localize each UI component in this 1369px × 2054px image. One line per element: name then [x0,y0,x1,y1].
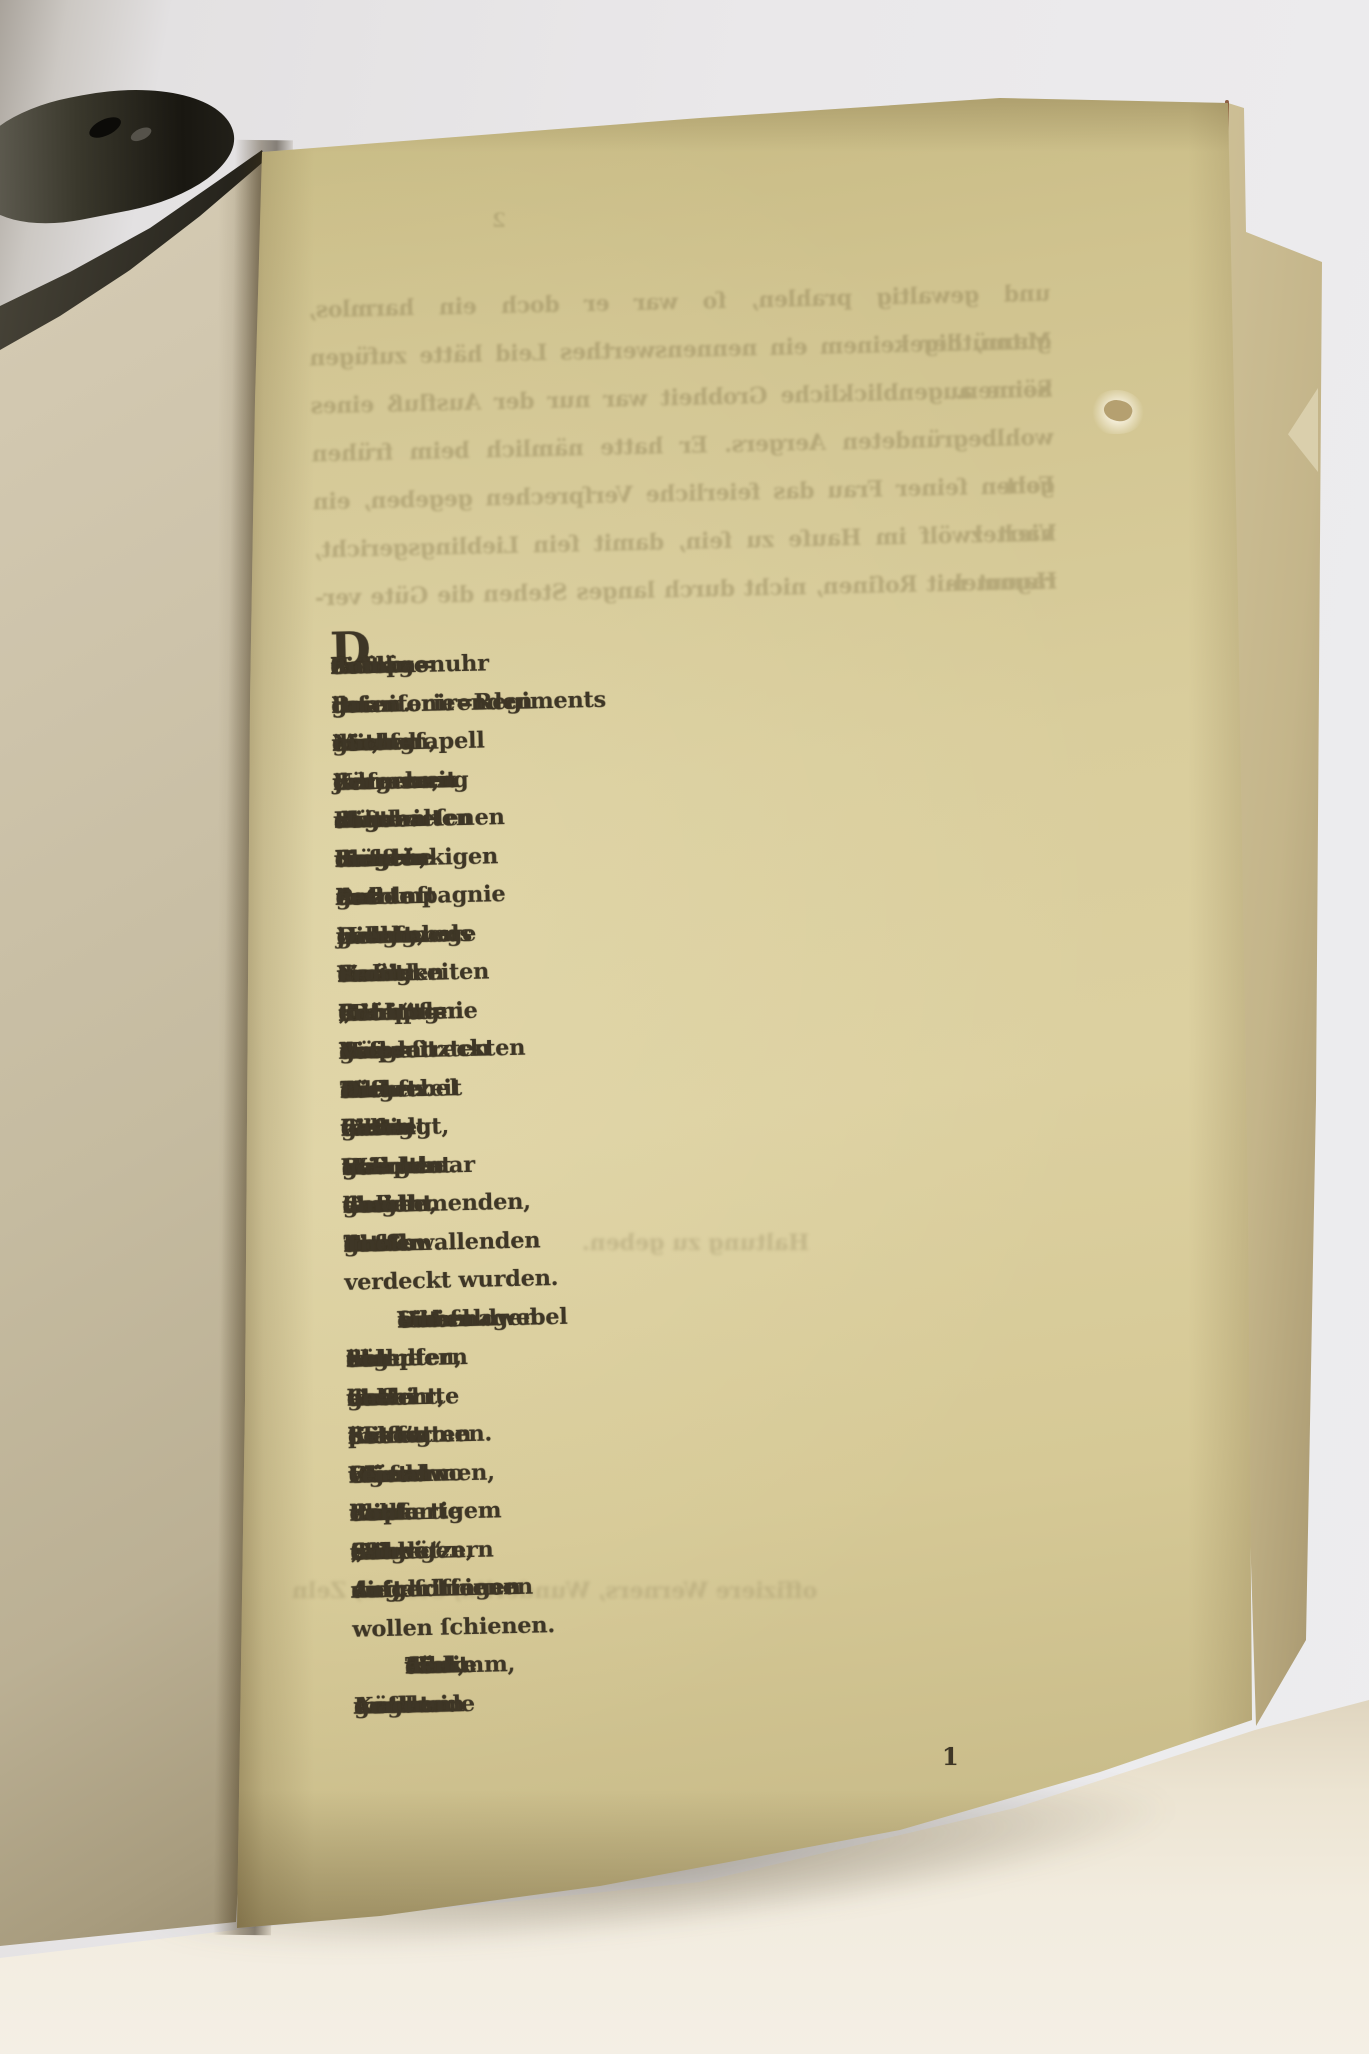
page-signature-mark: 1 [942,1742,959,1771]
book-page: 2 und gewaltig prahlen, ſo war er doch e… [230,80,1260,1940]
cover-wear-mark [129,125,154,144]
bleedthrough-text: und gewaltig prahlen, ſo war er doch ein… [308,270,1057,623]
book-photo: 2 und gewaltig prahlen, ſo war er doch e… [0,0,1369,2054]
page-shading [230,80,1260,152]
page-text: DiezwölfSchlägederKaſernenuhrhattendieCo… [330,631,1086,1725]
bleedthrough-page-number: 2 [492,208,506,232]
cover-wear-mark [86,113,124,142]
